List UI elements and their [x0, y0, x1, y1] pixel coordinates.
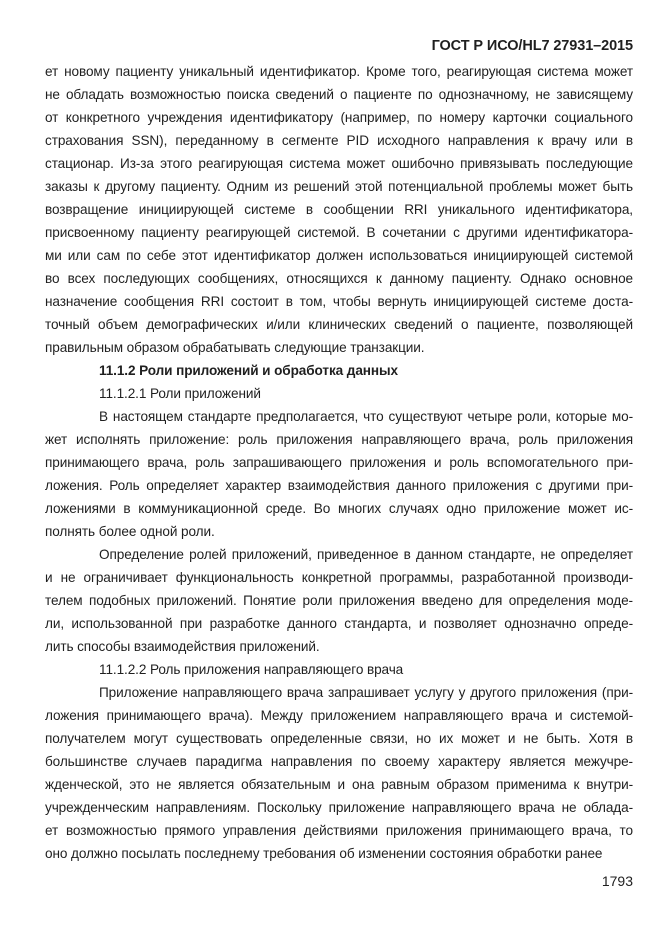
paragraph-line: жденческой, это не является обязательным…	[45, 773, 633, 796]
paragraph-line: Приложение направляющего врача запрашива…	[45, 681, 633, 704]
paragraph-line: телем подобных приложений. Понятие роли …	[45, 589, 633, 612]
paragraph-line: стационар. Из-за этого реагирующая систе…	[45, 152, 633, 175]
page-number: 1793	[602, 873, 633, 889]
paragraph-line: и не ограничивает функциональность конкр…	[45, 566, 633, 589]
paragraph-line: ми или сам по себе этот идентификатор до…	[45, 244, 633, 267]
paragraph-line: лить способы взаимодействия приложений.	[45, 635, 633, 658]
paragraph-line: ложениями в коммуникационной среде. Во м…	[45, 497, 633, 520]
paragraph-line: ложения. Роль определяет характер взаимо…	[45, 474, 633, 497]
subsection-heading: 11.1.2.2 Роль приложения направляющего в…	[45, 658, 633, 681]
page-footer: 1793	[45, 874, 633, 889]
paragraph-line: жет исполнять приложение: роль приложени…	[45, 428, 633, 451]
paragraph-line: ет возможностью прямого управления дейст…	[45, 819, 633, 842]
paragraph-line: учрежденческим направлениям. Поскольку п…	[45, 796, 633, 819]
paragraph-line: точный объем демографических и/или клини…	[45, 313, 633, 336]
paragraph-line: правильным образом обрабатывать следующи…	[45, 336, 633, 359]
section-heading: 11.1.2 Роли приложений и обработка данны…	[45, 359, 633, 382]
paragraph-line: большинстве случаев парадигма направлени…	[45, 750, 633, 773]
paragraph-line: ет новому пациенту уникальный идентифика…	[45, 60, 633, 83]
paragraph-line: полнять более одной роли.	[45, 520, 633, 543]
paragraph-line: ли, использованной при разработке данног…	[45, 612, 633, 635]
document-code: ГОСТ Р ИСО/HL7 27931–2015	[432, 38, 633, 54]
document-body: ет новому пациенту уникальный идентифика…	[45, 60, 633, 865]
paragraph-line: заказы к другому пациенту. Одним из реше…	[45, 175, 633, 198]
subsection-heading: 11.1.2.1 Роли приложений	[45, 382, 633, 405]
document-page: ГОСТ Р ИСО/HL7 27931–2015 ет новому паци…	[0, 0, 661, 935]
paragraph-line: присвоенному пациенту реагирующей систем…	[45, 221, 633, 244]
paragraph-line: возвращение инициирующей системе в сообщ…	[45, 198, 633, 221]
paragraph-line: получателем могут существовать определен…	[45, 727, 633, 750]
paragraph-line: не обладать возможностью поиска сведений…	[45, 83, 633, 106]
paragraph-line: страхования SSN), переданному в сегменте…	[45, 129, 633, 152]
paragraph-line: оно должно посылать последнему требовани…	[45, 842, 633, 865]
paragraph-line: от конкретного учреждения идентификатору…	[45, 106, 633, 129]
paragraph-line: назначение сообщения RRI состоит в том, …	[45, 290, 633, 313]
paragraph-line: во всех последующих сообщениях, относящи…	[45, 267, 633, 290]
document-header: ГОСТ Р ИСО/HL7 27931–2015	[45, 38, 633, 55]
paragraph-line: принимающего врача, роль запрашивающего …	[45, 451, 633, 474]
paragraph-line: ложения принимающего врача). Между прило…	[45, 704, 633, 727]
paragraph-line: В настоящем стандарте предполагается, чт…	[45, 405, 633, 428]
paragraph-line: Определение ролей приложений, приведенно…	[45, 543, 633, 566]
